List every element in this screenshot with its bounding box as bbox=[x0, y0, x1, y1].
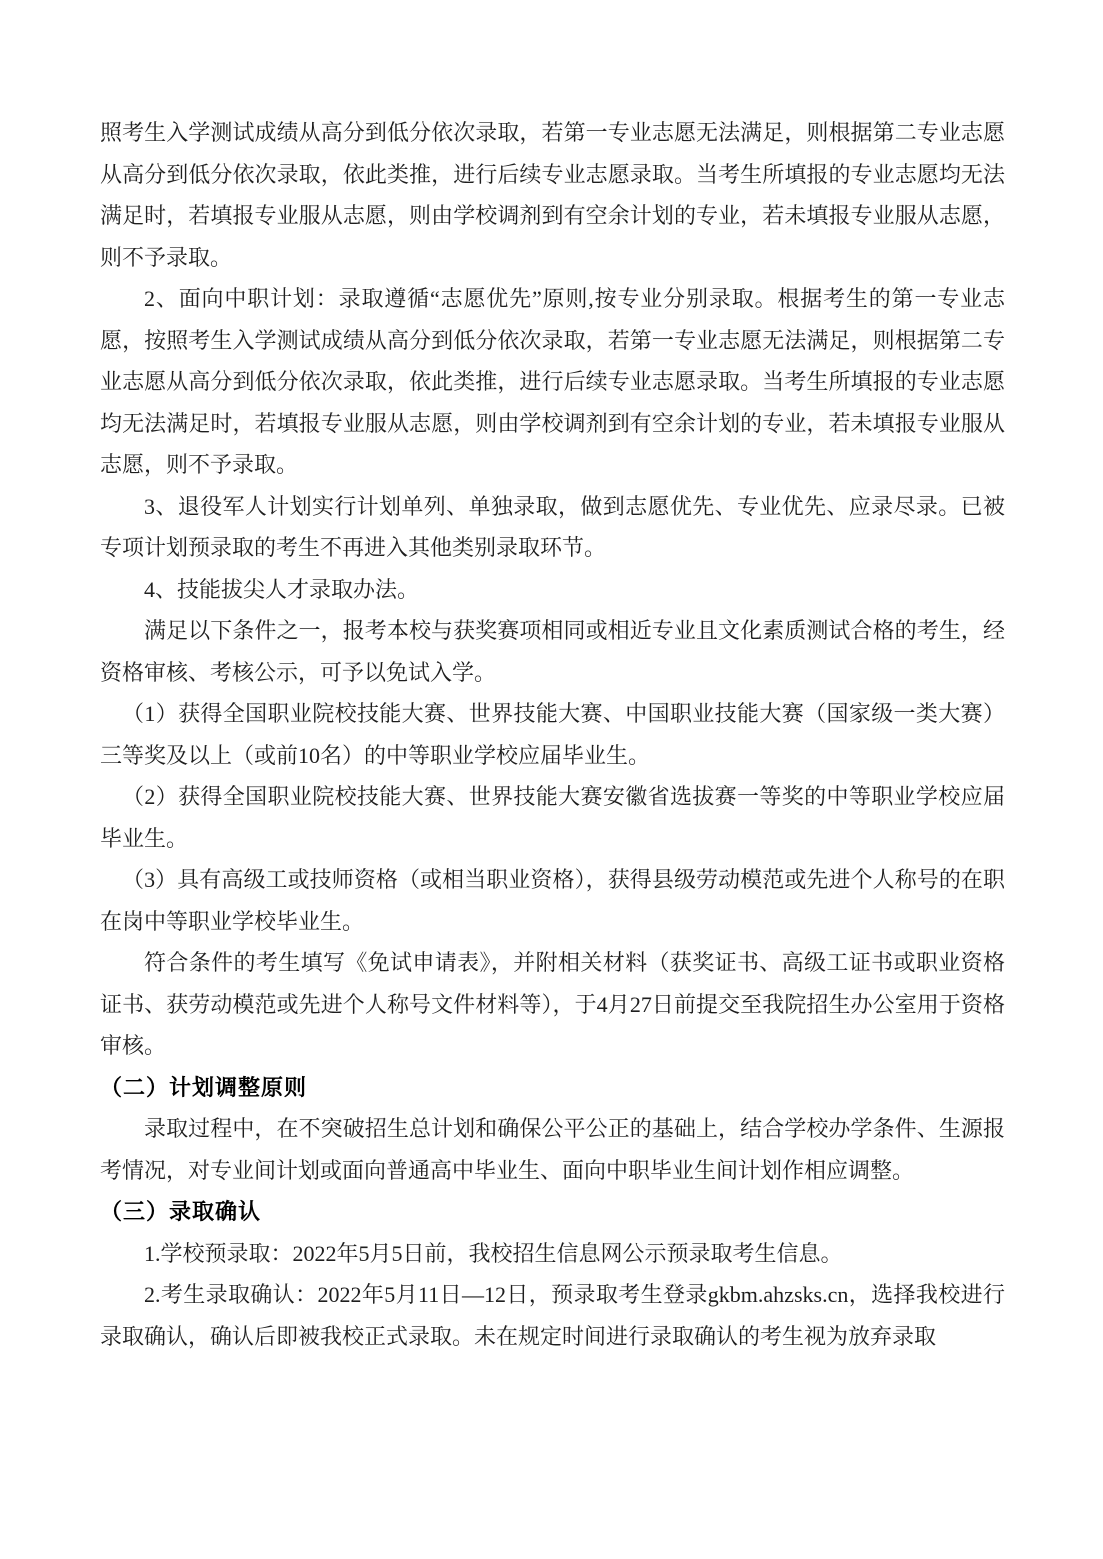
paragraph: 满足以下条件之一，报考本校与获奖赛项相同或相近专业且文化素质测试合格的考生，经资… bbox=[100, 610, 1005, 693]
list-item: （1）获得全国职业院校技能大赛、世界技能大赛、中国职业技能大赛（国家级一类大赛）… bbox=[100, 693, 1005, 776]
paragraph: 3、退役军人计划实行计划单列、单独录取，做到志愿优先、专业优先、应录尽录。已被专… bbox=[100, 486, 1005, 569]
section-heading-plan-adjustment: （二）计划调整原则 bbox=[100, 1067, 1005, 1109]
paragraph: 4、技能拔尖人才录取办法。 bbox=[100, 569, 1005, 611]
paragraph: 录取过程中，在不突破招生总计划和确保公平公正的基础上，结合学校办学条件、生源报考… bbox=[100, 1108, 1005, 1191]
section-heading-admission-confirmation: （三）录取确认 bbox=[100, 1191, 1005, 1233]
list-item: （3）具有高级工或技师资格（或相当职业资格），获得县级劳动模范或先进个人称号的在… bbox=[100, 859, 1005, 942]
paragraph: 2.考生录取确认：2022年5月11日—12日，预录取考生登录gkbm.ahzs… bbox=[100, 1274, 1005, 1357]
paragraph: 1.学校预录取：2022年5月5日前，我校招生信息网公示预录取考生信息。 bbox=[100, 1233, 1005, 1275]
document-page: 照考生入学测试成绩从高分到低分依次录取，若第一专业志愿无法满足，则根据第二专业志… bbox=[0, 0, 1103, 1559]
paragraph: 照考生入学测试成绩从高分到低分依次录取，若第一专业志愿无法满足，则根据第二专业志… bbox=[100, 112, 1005, 278]
list-item: （2）获得全国职业院校技能大赛、世界技能大赛安徽省选拔赛一等奖的中等职业学校应届… bbox=[100, 776, 1005, 859]
paragraph: 符合条件的考生填写《免试申请表》，并附相关材料（获奖证书、高级工证书或职业资格证… bbox=[100, 942, 1005, 1067]
paragraph: 2、面向中职计划：录取遵循“志愿优先”原则,按专业分别录取。根据考生的第一专业志… bbox=[100, 278, 1005, 486]
